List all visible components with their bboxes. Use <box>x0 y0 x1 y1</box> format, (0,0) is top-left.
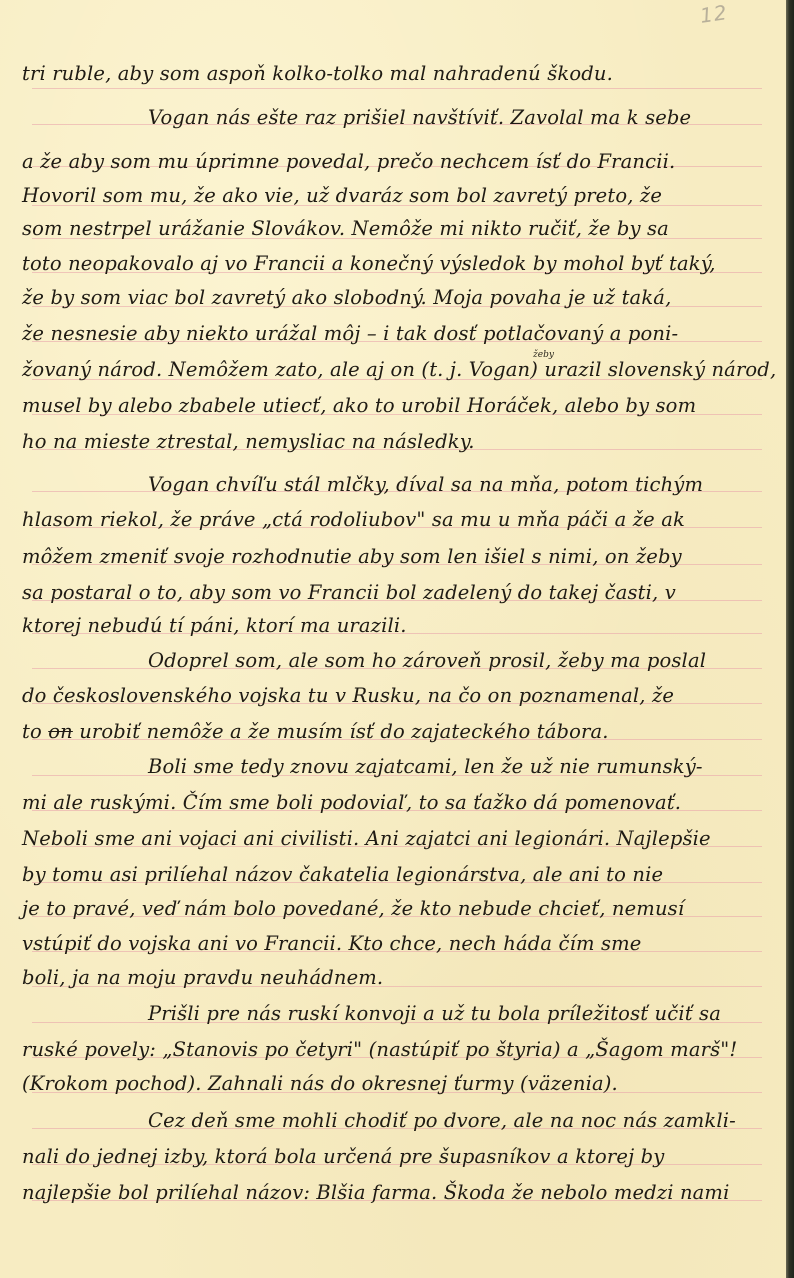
manuscript-line: Boli sme tedy znovu zajatcami, len že už… <box>148 755 784 779</box>
manuscript-line: som nestrpel urážanie Slovákov. Nemôže m… <box>22 217 782 241</box>
manuscript-line: a že aby som mu úprimne povedal, prečo n… <box>22 150 782 174</box>
manuscript-line: (Krokom pochod). Zahnali nás do okresnej… <box>22 1072 782 1096</box>
manuscript-line: ktorej nebudú tí páni, ktorí ma urazili. <box>22 614 782 638</box>
interlinear-insertion: žeby <box>533 350 554 360</box>
manuscript-line: Prišli pre nás ruskí konvoji a už tu bol… <box>148 1002 784 1026</box>
manuscript-page: 12 tri ruble, aby som aspoň kolko-tolko … <box>0 0 794 1278</box>
manuscript-line: vstúpiť do vojska ani vo Francii. Kto ch… <box>22 932 782 956</box>
manuscript-line: že by som viac bol zavretý ako slobodný.… <box>22 286 782 310</box>
manuscript-line: Hovoril som mu, že ako vie, už dvaráz so… <box>22 184 782 208</box>
scan-edge-border <box>786 0 794 1278</box>
manuscript-line: to on urobiť nemôže a že musím ísť do za… <box>22 720 782 744</box>
manuscript-line: by tomu asi prilíehal názov čakatelia le… <box>22 863 782 887</box>
manuscript-line: musel by alebo zbabele utiecť, ako to ur… <box>22 394 782 418</box>
manuscript-line: do československého vojska tu v Rusku, n… <box>22 684 782 708</box>
manuscript-line: že nesnesie aby niekto urážal môj – i ta… <box>22 322 782 346</box>
manuscript-line: žovaný národ. Nemôžem zato, ale aj on (t… <box>22 358 782 382</box>
manuscript-line: môžem zmeniť svoje rozhodnutie aby som l… <box>22 545 782 569</box>
manuscript-line: Neboli sme ani vojaci ani civilisti. Ani… <box>22 827 782 851</box>
manuscript-line: Vogan nás ešte raz prišiel navštíviť. Za… <box>148 106 784 130</box>
manuscript-line: tri ruble, aby som aspoň kolko-tolko mal… <box>22 62 782 86</box>
manuscript-line: nali do jednej izby, ktorá bola určená p… <box>22 1145 782 1169</box>
manuscript-line: ho na mieste ztrestal, nemysliac na násl… <box>22 430 782 454</box>
manuscript-line: sa postaral o to, aby som vo Francii bol… <box>22 581 782 605</box>
manuscript-line: Vogan chvíľu stál mlčky, díval sa na mňa… <box>148 473 784 497</box>
manuscript-line: najlepšie bol prilíehal názov: Blšia far… <box>22 1181 782 1205</box>
manuscript-line: Odoprel som, ale som ho zároveň prosil, … <box>148 649 784 673</box>
manuscript-line: ruské povely: „Stanovis po četyri" (nast… <box>22 1038 782 1062</box>
page-number: 12 <box>698 0 729 28</box>
struck-word: on <box>48 720 73 743</box>
manuscript-line: toto neopakovalo aj vo Francii a konečný… <box>22 252 782 276</box>
manuscript-line: Cez deň sme mohli chodiť po dvore, ale n… <box>148 1109 784 1133</box>
manuscript-line: mi ale ruskými. Čím sme boli podoviaľ, t… <box>22 791 782 815</box>
ruled-line <box>32 88 762 89</box>
manuscript-line: hlasom riekol, že práve „ctá rodoliubov"… <box>22 508 782 532</box>
manuscript-line: boli, ja na moju pravdu neuhádnem. <box>22 966 782 990</box>
manuscript-line: je to pravé, veď nám bolo povedané, že k… <box>22 897 782 921</box>
